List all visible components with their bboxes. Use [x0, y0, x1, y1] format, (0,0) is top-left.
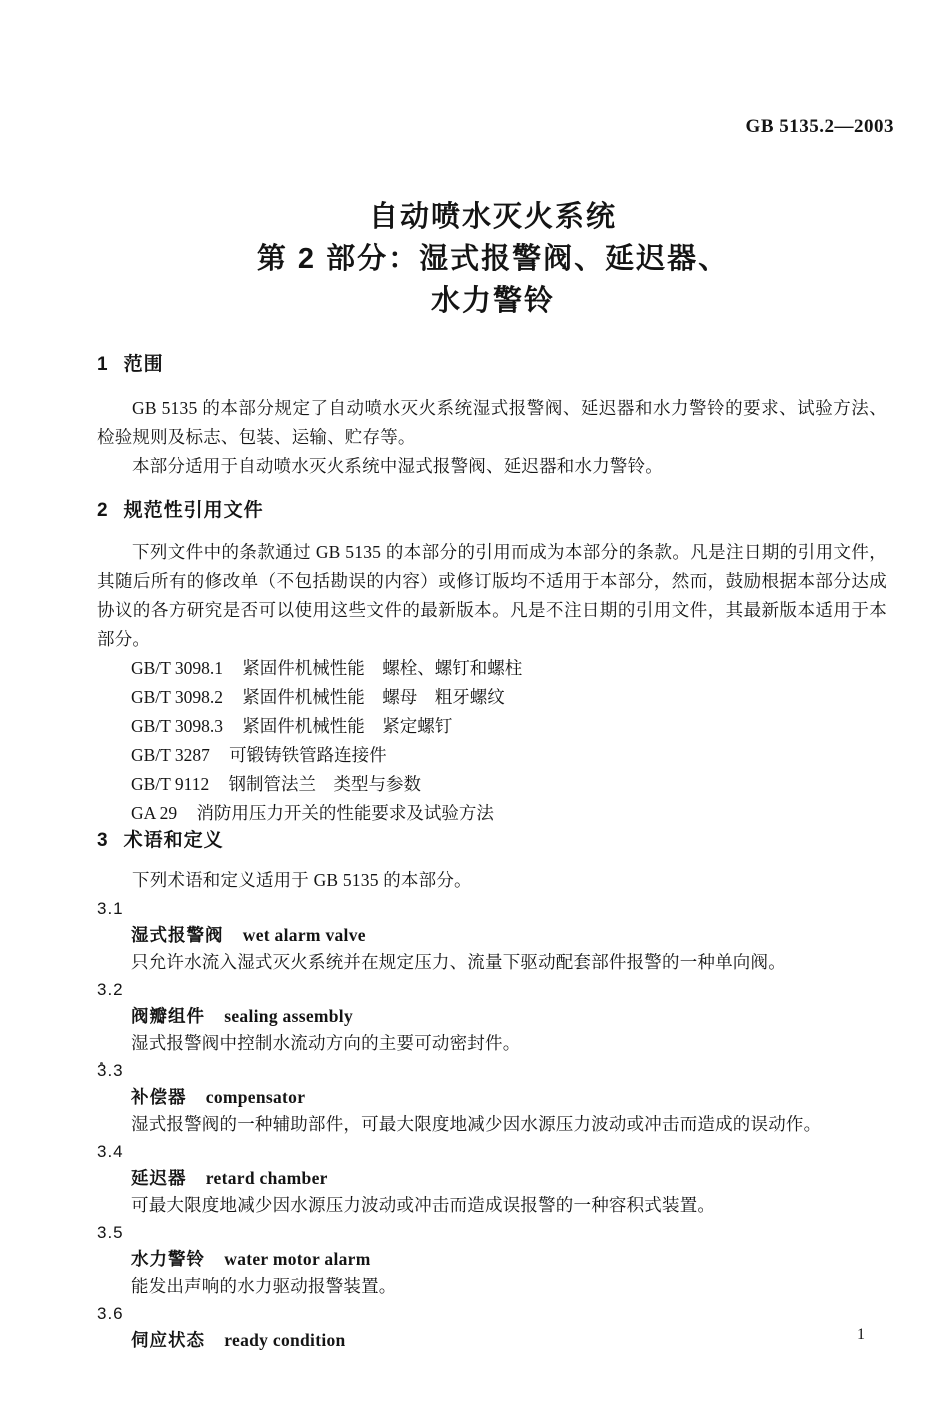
term-chinese: 延迟器 [131, 1168, 187, 1188]
term-line: 阀瓣组件sealing assembly [97, 1003, 887, 1030]
term-english: water motor alarm [224, 1249, 370, 1269]
term-chinese: 补偿器 [131, 1087, 187, 1107]
reference-item: GB/T 3098.3紧固件机械性能 紧定螺钉 [97, 712, 887, 741]
reference-code: GB/T 3098.1 [131, 658, 223, 678]
page-number: 1 [857, 1326, 865, 1344]
reference-item: GB/T 3287可锻铸铁管路连接件 [97, 741, 887, 770]
section-number: 2 [97, 500, 108, 521]
reference-item: GB/T 9112钢制管法兰 类型与参数 [97, 770, 887, 799]
scope-paragraph-1: GB 5135 的本部分规定了自动喷水灭火系统湿式报警阀、延迟器和水力警铃的要求… [97, 394, 887, 452]
term-english: retard chamber [206, 1168, 328, 1188]
reference-code: GA 29 [131, 803, 177, 823]
clause-number: 3.1 [97, 895, 887, 922]
term-line: 延迟器retard chamber [97, 1165, 887, 1192]
clause-number: 3.6 [97, 1300, 887, 1327]
clause-number: 3.4 [97, 1138, 887, 1165]
term-item: 3.6 伺应状态ready condition [97, 1300, 887, 1354]
term-definition: 可最大限度地减少因水源压力波动或冲击而造成误报警的一种容积式装置。 [97, 1192, 887, 1219]
reference-item: GA 29消防用压力开关的性能要求及试验方法 [97, 799, 887, 828]
term-item: 3.5 水力警铃water motor alarm 能发出声响的水力驱动报警装置… [97, 1219, 887, 1300]
title-line-3: 水力警铃 [36, 280, 950, 322]
term-chinese: 水力警铃 [131, 1249, 205, 1269]
document-body: 1范围 GB 5135 的本部分规定了自动喷水灭火系统湿式报警阀、延迟器和水力警… [97, 352, 887, 1354]
reference-code: GB/T 3098.3 [131, 716, 223, 736]
reference-title: 钢制管法兰 类型与参数 [229, 774, 422, 794]
reference-code: GB/T 3287 [131, 745, 210, 765]
clause-number: 3.5 [97, 1219, 887, 1246]
term-definition: 只允许水流入湿式灭火系统并在规定压力、流量下驱动配套部件报警的一种单向阀。 [97, 949, 887, 976]
scan-artifact-dot [100, 1062, 103, 1065]
term-english: sealing assembly [224, 1006, 353, 1026]
term-line: 伺应状态ready condition [97, 1327, 887, 1354]
section-title: 范围 [124, 354, 164, 375]
term-item: 3.3 补偿器compensator 湿式报警阀的一种辅助部件，可最大限度地减少… [97, 1057, 887, 1138]
clause-number: 3.2 [97, 976, 887, 1003]
section-number: 3 [97, 830, 108, 851]
title-line-2: 第 2 部分：湿式报警阀、延迟器、 [36, 238, 950, 280]
document-title: 自动喷水灭火系统 第 2 部分：湿式报警阀、延迟器、 水力警铃 [36, 196, 950, 322]
normative-references-intro: 下列文件中的条款通过 GB 5135 的本部分的引用而成为本部分的条款。凡是注日… [97, 538, 887, 654]
reference-title: 紧固件机械性能 螺栓、螺钉和螺柱 [242, 658, 522, 678]
document-page: GB 5135.2—2003 自动喷水灭火系统 第 2 部分：湿式报警阀、延迟器… [0, 0, 950, 1418]
term-english: wet alarm valve [243, 925, 366, 945]
term-chinese: 伺应状态 [131, 1330, 205, 1350]
standard-number: GB 5135.2—2003 [746, 116, 894, 138]
reference-title: 紧固件机械性能 螺母 粗牙螺纹 [242, 687, 505, 707]
term-chinese: 阀瓣组件 [131, 1006, 205, 1026]
term-chinese: 湿式报警阀 [131, 925, 224, 945]
term-definition: 能发出声响的水力驱动报警装置。 [97, 1273, 887, 1300]
terms-intro: 下列术语和定义适用于 GB 5135 的本部分。 [97, 866, 887, 895]
reference-code: GB/T 9112 [131, 774, 209, 794]
reference-code: GB/T 3098.2 [131, 687, 223, 707]
term-definition: 湿式报警阀中控制水流动方向的主要可动密封件。 [97, 1030, 887, 1057]
scope-paragraph-2: 本部分适用于自动喷水灭火系统中湿式报警阀、延迟器和水力警铃。 [97, 452, 887, 481]
term-item: 3.2 阀瓣组件sealing assembly 湿式报警阀中控制水流动方向的主… [97, 976, 887, 1057]
reference-title: 可锻铸铁管路连接件 [229, 745, 387, 765]
reference-title: 消防用压力开关的性能要求及试验方法 [196, 803, 494, 823]
reference-title: 紧固件机械性能 紧定螺钉 [242, 716, 452, 736]
clause-number: 3.3 [97, 1057, 887, 1084]
section-heading-terms-definitions: 3术语和定义 [97, 828, 887, 854]
title-line-1: 自动喷水灭火系统 [36, 196, 950, 238]
section-number: 1 [97, 354, 108, 375]
term-english: compensator [206, 1087, 306, 1107]
term-line: 水力警铃water motor alarm [97, 1246, 887, 1273]
term-item: 3.1 湿式报警阀wet alarm valve 只允许水流入湿式灭火系统并在规… [97, 895, 887, 976]
section-title: 规范性引用文件 [124, 500, 264, 521]
reference-item: GB/T 3098.1紧固件机械性能 螺栓、螺钉和螺柱 [97, 654, 887, 683]
term-definition: 湿式报警阀的一种辅助部件，可最大限度地减少因水源压力波动或冲击而造成的误动作。 [97, 1111, 887, 1138]
term-item: 3.4 延迟器retard chamber 可最大限度地减少因水源压力波动或冲击… [97, 1138, 887, 1219]
term-line: 补偿器compensator [97, 1084, 887, 1111]
term-english: ready condition [224, 1330, 345, 1350]
reference-item: GB/T 3098.2紧固件机械性能 螺母 粗牙螺纹 [97, 683, 887, 712]
section-heading-scope: 1范围 [97, 352, 887, 378]
section-heading-normative-references: 2规范性引用文件 [97, 498, 887, 524]
section-title: 术语和定义 [124, 830, 224, 851]
term-line: 湿式报警阀wet alarm valve [97, 922, 887, 949]
